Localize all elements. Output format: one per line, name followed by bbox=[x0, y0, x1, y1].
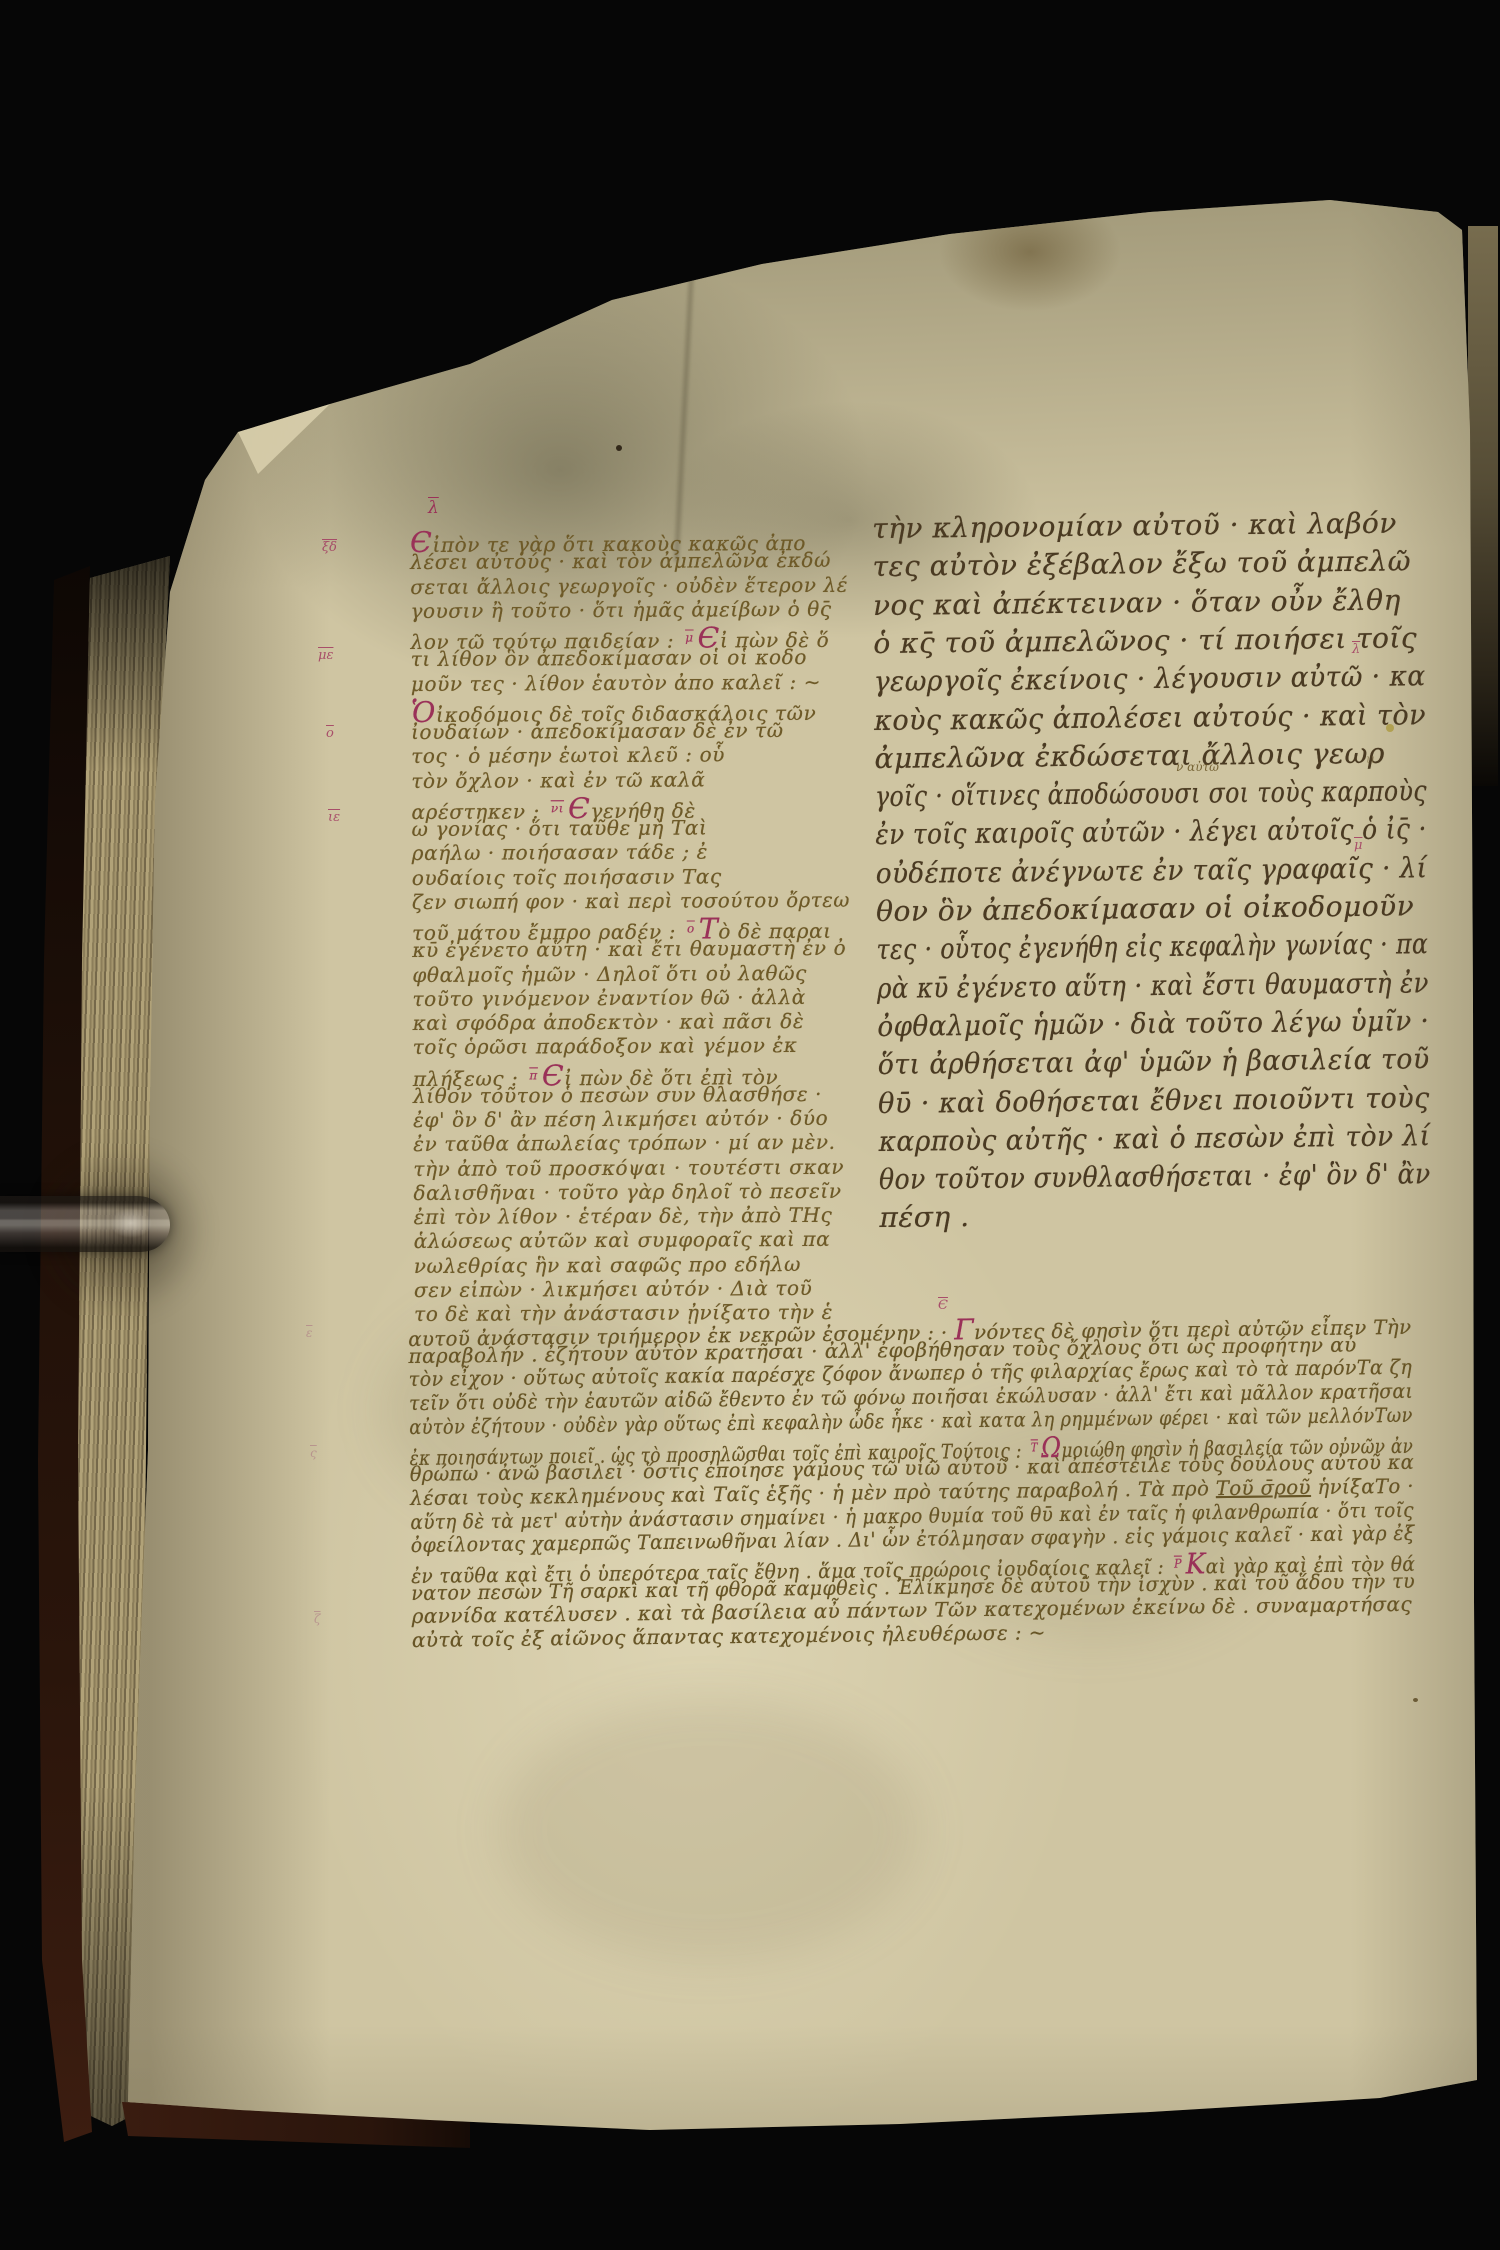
parchment-stain bbox=[500, 1700, 920, 1960]
text-segment: Τοῦ σ̄ροῦ bbox=[1216, 1475, 1311, 1500]
text-segment: πέση . bbox=[879, 1200, 969, 1234]
text-line: λίθον τοῦτον ὁ πεσὼν συν θλασθήσε · bbox=[413, 1082, 822, 1108]
text-line: ἐφ' ὃν δ' ἂν πέση λικμήσει αὐτόν · δύο bbox=[413, 1106, 828, 1132]
text-segment: τες · οὗτος ἐγενήθη εἰς κεφαλὴν γωνίας ·… bbox=[876, 927, 1428, 966]
text-segment: ὀφθαλμοῖς ἡμῶν · διὰ τοῦτο λέγω ὑμῖν · bbox=[877, 1004, 1429, 1043]
text-segment: ουδαίοις τοῖς ποιήσασιν Τας bbox=[412, 864, 722, 890]
text-segment: λέσει αὐτούς · καὶ τὸν ἀμπελῶνα ἐκδώ bbox=[410, 548, 831, 574]
text-segment: θον ὃν ἀπεδοκίμασαν οἱ οἰκοδομοῦν bbox=[876, 889, 1414, 928]
margin-section-numeral: ε bbox=[306, 1326, 312, 1340]
text-line: θον τοῦτον συνθλασθήσεται · ἐφ' ὃν δ' ἂν bbox=[879, 1157, 1431, 1196]
text-segment: γεωργοῖς ἐκείνοις · λέγουσιν αὐτῶ · κα bbox=[874, 659, 1426, 698]
text-segment: δαλισθῆναι · τοῦτο γὰρ δηλοῖ τὸ πεσεῖν bbox=[413, 1178, 841, 1204]
text-line: δαλισθῆναι · τοῦτο γὰρ δηλοῖ τὸ πεσεῖν bbox=[413, 1178, 841, 1204]
text-segment: θον τοῦτον συνθλασθήσεται · ἐφ' ὃν δ' ἂν bbox=[879, 1157, 1431, 1196]
rubric-numeral: π bbox=[529, 1068, 538, 1082]
text-segment: τι λίθον ὃν ἀπεδοκίμασαν οἱ οἱ κοδο bbox=[411, 645, 807, 671]
text-segment: ζεν σιωπή φον · καὶ περὶ τοσούτου ὄρτεω bbox=[412, 887, 850, 913]
text-line: τὸν ὄχλον · καὶ ἐν τῶ καλᾶ bbox=[411, 767, 705, 793]
text-line: τες · οὗτος ἐγενήθη εἰς κεφαλὴν γωνίας ·… bbox=[876, 927, 1428, 966]
text-segment: τὴν ἀπὸ τοῦ προσκόψαι · τουτέστι σκαν bbox=[413, 1154, 844, 1180]
text-segment: καρποὺς αὐτῆς · καὶ ὁ πεσὼν ἐπὶ τὸν λί bbox=[878, 1119, 1430, 1158]
text-line: ὁ κς̄ τοῦ ἀμπελῶνος · τί ποιήσει τοῖς bbox=[873, 621, 1417, 660]
ink-spot bbox=[616, 445, 622, 451]
text-segment: γοῖς · οἵτινες ἀποδώσουσι σοι τοὺς καρπο… bbox=[875, 774, 1427, 813]
underlying-pages-right-edge bbox=[1468, 226, 1498, 786]
text-line: ἐπὶ τὸν λίθον · ἑτέραν δὲ, τὴν ἀπὸ ΤΗς bbox=[414, 1203, 833, 1229]
text-segment: ἁλώσεως αὐτῶν καὶ συμφοραῖς καὶ πα bbox=[414, 1227, 831, 1253]
text-segment: καὶ σφόδρα ἀποδεκτὸν · καὶ πᾶσι δὲ bbox=[413, 1009, 805, 1035]
interlinear-gloss: ν αὐτῶ bbox=[1176, 760, 1219, 774]
text-segment: ἐν τοῖς καιροῖς αὐτῶν · λέγει αὐτοῖς ὁ ἰ… bbox=[875, 813, 1427, 852]
text-line: τὴν κληρονομίαν αὐτοῦ · καὶ λαβόν bbox=[872, 507, 1397, 545]
text-segment: κοὺς κακῶς ἀπολέσει αὐτούς · καὶ τὸν bbox=[874, 698, 1426, 737]
text-segment: σεται ἄλλοις γεωργοῖς · οὐδὲν ἕτερον λέ bbox=[410, 572, 848, 598]
rubric-numeral: Ρ bbox=[1174, 1557, 1182, 1571]
text-line: λέσει αὐτούς · καὶ τὸν ἀμπελῶνα ἐκδώ bbox=[410, 548, 831, 574]
margin-section-numeral: με bbox=[318, 648, 333, 663]
text-line: νος καὶ ἀπέκτειναν · ὅταν οὖν ἔλθη bbox=[873, 583, 1401, 622]
text-segment: ἀμπελῶνα ἐκδώσεται ἄλλοις γεωρ bbox=[874, 736, 1385, 774]
text-line: θῡ · καὶ δοθήσεται ἔθνει ποιοῦντι τοὺς bbox=[878, 1081, 1430, 1120]
text-segment: ρὰ κῡ ἐγένετο αὕτη · καὶ ἔστι θαυμαστὴ ἐ… bbox=[877, 966, 1429, 1005]
text-line: ω γονίας · ὅτι ταῦθε μὴ Ταὶ bbox=[412, 815, 708, 841]
margin-section-numeral: ιε bbox=[328, 810, 340, 825]
text-line: ἰουδαίων · ἀπεδοκίμασαν δὲ ἐν τῶ bbox=[411, 718, 784, 744]
text-segment: τοῖς ὁρῶσι παράδοξον καὶ γέμον ἐκ bbox=[413, 1033, 798, 1059]
text-line: ρὰ κῡ ἐγένετο αὕτη · καὶ ἔστι θαυμαστὴ ἐ… bbox=[877, 966, 1429, 1005]
text-line: τες αὐτὸν ἐξέβαλον ἔξω τοῦ ἀμπελῶ bbox=[872, 545, 1411, 584]
margin-section-numeral: Є bbox=[938, 1298, 948, 1313]
photo-stage: Єἰπὸν τε γὰρ ὅτι κακοὺς κακῶς ἀπολέσει α… bbox=[0, 0, 1500, 2250]
rubric-numeral: μ bbox=[685, 631, 693, 645]
text-line: τοῦτο γινόμενον ἐναντίον θῶ · ἀλλὰ bbox=[412, 985, 805, 1011]
text-segment: θῡ · καὶ δοθήσεται ἔθνει ποιοῦντι τοὺς bbox=[878, 1081, 1430, 1120]
margin-section-numeral: λ bbox=[1352, 642, 1360, 657]
text-line: καὶ σφόδρα ἀποδεκτὸν · καὶ πᾶσι δὲ bbox=[413, 1009, 805, 1035]
text-line: ἐν τοῖς καιροῖς αὐτῶν · λέγει αὐτοῖς ὁ ἰ… bbox=[875, 813, 1427, 852]
text-line: φθαλμοῖς ἡμῶν · Δηλοῖ ὅτι οὐ λαθῶς bbox=[412, 960, 807, 986]
text-segment: τες αὐτὸν ἐξέβαλον ἔξω τοῦ ἀμπελῶ bbox=[872, 545, 1411, 584]
text-line: σεται ἄλλοις γεωργοῖς · οὐδὲν ἕτερον λέ bbox=[410, 572, 848, 598]
vertical-crease bbox=[675, 212, 696, 562]
text-line: οὐδέποτε ἀνέγνωτε ἐν ταῖς γραφαῖς · λί bbox=[876, 851, 1428, 890]
text-line: ἀμπελῶνα ἐκδώσεται ἄλλοις γεωρ bbox=[874, 736, 1385, 774]
text-line: μοῦν τες · λίθον ἑαυτὸν ἀπο καλεῖ : ~ bbox=[411, 669, 821, 695]
text-segment: ἐπὶ τὸν λίθον · ἑτέραν δὲ, τὴν ἀπὸ ΤΗς bbox=[414, 1203, 833, 1229]
text-line: ζεν σιωπή φον · καὶ περὶ τοσούτου ὄρτεω bbox=[412, 887, 850, 913]
text-line: καρποὺς αὐτῆς · καὶ ὁ πεσὼν ἐπὶ τὸν λί bbox=[878, 1119, 1430, 1158]
text-segment: νος καὶ ἀπέκτειναν · ὅταν οὖν ἔλθη bbox=[873, 583, 1401, 622]
margin-section-numeral: ιι bbox=[1366, 752, 1375, 766]
text-segment: ὁ κς̄ τοῦ ἀμπελῶνος · τί ποιήσει τοῖς bbox=[873, 621, 1417, 660]
margin-section-numeral: ς bbox=[310, 1446, 317, 1460]
text-segment: ἰουδαίων · ἀπεδοκίμασαν δὲ ἐν τῶ bbox=[411, 718, 784, 744]
text-line: σεν εἰπὼν · λικμήσει αὐτόν · Διὰ τοῦ bbox=[414, 1276, 812, 1302]
text-line: ὅτι ἀρθήσεται ἀφ' ὑμῶν ἡ βασιλεία τοῦ bbox=[878, 1042, 1430, 1081]
glass-page-weight-rod bbox=[0, 1196, 170, 1252]
text-line: ραήλω · ποιήσασαν τάδε ; ἐ bbox=[412, 840, 708, 866]
text-segment: τὸν ὄχλον · καὶ ἐν τῶ καλᾶ bbox=[411, 767, 705, 793]
text-line: γεωργοῖς ἐκείνοις · λέγουσιν αὐτῶ · κα bbox=[874, 659, 1426, 698]
text-line: τος · ὁ μέσην ἑωτοὶ κλεῦ : οὗ bbox=[411, 743, 725, 769]
text-line: τι λίθον ὃν ἀπεδοκίμασαν οἱ οἱ κοδο bbox=[411, 645, 807, 671]
text-segment: σεν εἰπὼν · λικμήσει αὐτόν · Διὰ τοῦ bbox=[414, 1276, 812, 1302]
text-segment: ὅτι ἀρθήσεται ἀφ' ὑμῶν ἡ βασιλεία τοῦ bbox=[878, 1042, 1430, 1081]
text-segment: κῡ ἐγένετο αὕτη · καὶ ἔτι θαυμαστὴ ἐν ὀ bbox=[412, 936, 846, 962]
text-segment: τὴν κληρονομίαν αὐτοῦ · καὶ λαβόν bbox=[872, 507, 1397, 545]
text-segment: ω γονίας · ὅτι ταῦθε μὴ Ταὶ bbox=[412, 815, 708, 841]
text-line: τὴν ἀπὸ τοῦ προσκόψαι · τουτέστι σκαν bbox=[413, 1154, 844, 1180]
text-line: ἐν ταῦθα ἀπωλείας τρόπων · μί αν μὲν. bbox=[413, 1130, 835, 1156]
text-line: ἁλώσεως αὐτῶν καὶ συμφοραῖς καὶ πα bbox=[414, 1227, 831, 1253]
rubric-numeral: Τ bbox=[1031, 1440, 1038, 1454]
dirt-speck bbox=[1413, 1698, 1418, 1702]
text-segment: ἐφ' ὃν δ' ἂν πέση λικμήσει αὐτόν · δύο bbox=[413, 1106, 828, 1132]
text-segment: οὐδέποτε ἀνέγνωτε ἐν ταῖς γραφαῖς · λί bbox=[876, 851, 1428, 890]
text-line: ὀφθαλμοῖς ἡμῶν · διὰ τοῦτο λέγω ὑμῖν · bbox=[877, 1004, 1429, 1043]
text-segment: τος · ὁ μέσην ἑωτοὶ κλεῦ : οὗ bbox=[411, 743, 725, 769]
text-segment: λίθον τοῦτον ὁ πεσὼν συν θλασθήσε · bbox=[413, 1082, 822, 1108]
margin-section-numeral: μ bbox=[1354, 838, 1362, 853]
text-segment: νωλεθρίας ἣν καὶ σαφῶς προ εδήλω bbox=[414, 1251, 801, 1277]
text-line: τοῖς ὁρῶσι παράδοξον καὶ γέμον ἐκ bbox=[413, 1033, 798, 1059]
text-line: νωλεθρίας ἣν καὶ σαφῶς προ εδήλω bbox=[414, 1251, 801, 1277]
text-line: ουδαίοις τοῖς ποιήσασιν Τας bbox=[412, 864, 722, 890]
text-segment: γουσιν ἢ τοῦτο · ὅτι ἡμᾶς ἀμείβων ὁ θς̄ bbox=[410, 597, 831, 623]
folded-corner bbox=[0, 0, 400, 520]
text-line: θον ὃν ἀπεδοκίμασαν οἱ οἰκοδομοῦν bbox=[876, 889, 1414, 928]
text-line: κοὺς κακῶς ἀπολέσει αὐτούς · καὶ τὸν bbox=[874, 698, 1426, 737]
rubric-numeral: ο bbox=[687, 922, 695, 936]
margin-section-numeral: ζ bbox=[314, 1612, 321, 1626]
text-segment: τοῦτο γινόμενον ἐναντίον θῶ · ἀλλὰ bbox=[412, 985, 805, 1011]
text-segment: μοῦν τες · λίθον ἑαυτὸν ἀπο καλεῖ : ~ bbox=[411, 669, 821, 695]
text-segment: ἡνίξαΤο · bbox=[1311, 1474, 1414, 1499]
text-line: γοῖς · οἵτινες ἀποδώσουσι σοι τοὺς καρπο… bbox=[875, 774, 1427, 813]
text-line: κῡ ἐγένετο αὕτη · καὶ ἔτι θαυμαστὴ ἐν ὀ bbox=[412, 936, 846, 962]
text-segment: ραήλω · ποιήσασαν τάδε ; ἐ bbox=[412, 840, 708, 866]
rubric-numeral: νι bbox=[551, 801, 564, 815]
margin-section-numeral: λ bbox=[428, 498, 439, 518]
text-segment: ἐν ταῦθα ἀπωλείας τρόπων · μί αν μὲν. bbox=[413, 1130, 835, 1156]
margin-section-numeral: ξδ bbox=[322, 540, 337, 555]
text-line: γουσιν ἢ τοῦτο · ὅτι ἡμᾶς ἀμείβων ὁ θς̄ bbox=[410, 597, 831, 623]
margin-section-numeral: ο bbox=[326, 726, 334, 741]
text-line: πέση . bbox=[879, 1200, 969, 1234]
text-segment: φθαλμοῖς ἡμῶν · Δηλοῖ ὅτι οὐ λαθῶς bbox=[412, 960, 807, 986]
